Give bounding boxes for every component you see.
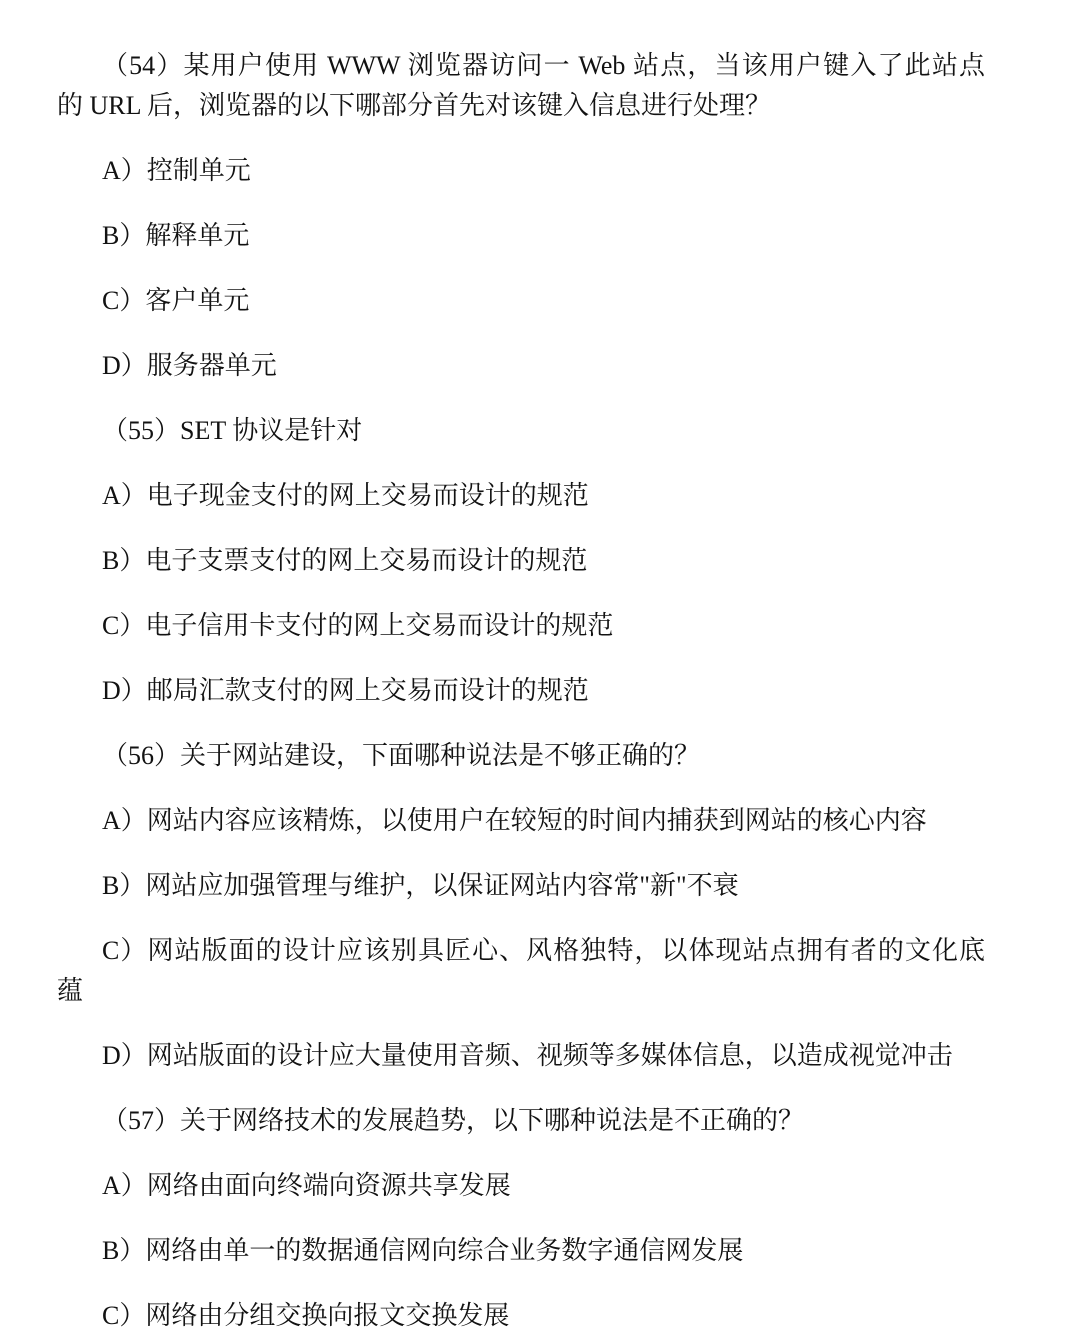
question-54-option-b: B）解释单元 xyxy=(57,216,985,256)
option-text: D）网站版面的设计应大量使用音频、视频等多媒体信息，以造成视觉冲击 xyxy=(57,1036,985,1076)
question-56-text: （56）关于网站建设，下面哪种说法是不够正确的？ xyxy=(57,736,985,776)
question-55-option-a: A）电子现金支付的网上交易而设计的规范 xyxy=(57,476,985,516)
option-text: D）服务器单元 xyxy=(57,346,985,386)
question-55-text: （55）SET 协议是针对 xyxy=(57,411,985,451)
option-text: A）电子现金支付的网上交易而设计的规范 xyxy=(57,476,985,516)
question-57-text: （57）关于网络技术的发展趋势，以下哪种说法是不正确的？ xyxy=(57,1101,985,1141)
question-57-option-b: B）网络由单一的数据通信网向综合业务数字通信网发展 xyxy=(57,1231,985,1271)
question-55-option-c: C）电子信用卡支付的网上交易而设计的规范 xyxy=(57,606,985,646)
question-56-option-b: B）网站应加强管理与维护，以保证网站内容常"新"不衰 xyxy=(57,866,985,906)
question-56-option-c: C）网站版面的设计应该别具匠心、风格独特，以体现站点拥有者的文化底 蕴 xyxy=(57,931,985,1011)
question-56: （56）关于网站建设，下面哪种说法是不够正确的？ xyxy=(57,736,985,776)
option-text: B）解释单元 xyxy=(57,216,985,256)
option-text: C）网络由分组交换向报文交换发展 xyxy=(57,1296,985,1336)
question-55-option-b: B）电子支票支付的网上交易而设计的规范 xyxy=(57,541,985,581)
question-54: （54）某用户使用 WWW 浏览器访问一 Web 站点，当该用户键入了此站点 的… xyxy=(57,46,985,126)
question-56-option-a: A）网站内容应该精炼，以使用户在较短的时间内捕获到网站的核心内容 xyxy=(57,801,985,841)
option-text-line-2: 蕴 xyxy=(57,971,985,1011)
question-54-option-d: D）服务器单元 xyxy=(57,346,985,386)
question-54-text-line-1: （54）某用户使用 WWW 浏览器访问一 Web 站点，当该用户键入了此站点 xyxy=(57,46,985,86)
option-text: A）控制单元 xyxy=(57,151,985,191)
question-57-option-a: A）网络由面向终端向资源共享发展 xyxy=(57,1166,985,1206)
question-57-option-c: C）网络由分组交换向报文交换发展 xyxy=(57,1296,985,1336)
question-54-text-line-2: 的 URL 后，浏览器的以下哪部分首先对该键入信息进行处理？ xyxy=(57,86,985,126)
question-56-option-d: D）网站版面的设计应大量使用音频、视频等多媒体信息，以造成视觉冲击 xyxy=(57,1036,985,1076)
option-text: C）电子信用卡支付的网上交易而设计的规范 xyxy=(57,606,985,646)
option-text: B）网站应加强管理与维护，以保证网站内容常"新"不衰 xyxy=(57,866,985,906)
option-text: B）电子支票支付的网上交易而设计的规范 xyxy=(57,541,985,581)
question-54-option-a: A）控制单元 xyxy=(57,151,985,191)
question-54-option-c: C）客户单元 xyxy=(57,281,985,321)
option-text: A）网站内容应该精炼，以使用户在较短的时间内捕获到网站的核心内容 xyxy=(57,801,985,841)
document-page: （54）某用户使用 WWW 浏览器访问一 Web 站点，当该用户键入了此站点 的… xyxy=(0,0,1083,1342)
option-text-line-1: C）网站版面的设计应该别具匠心、风格独特，以体现站点拥有者的文化底 xyxy=(57,931,985,971)
option-text: A）网络由面向终端向资源共享发展 xyxy=(57,1166,985,1206)
question-55: （55）SET 协议是针对 xyxy=(57,411,985,451)
option-text: B）网络由单一的数据通信网向综合业务数字通信网发展 xyxy=(57,1231,985,1271)
option-text: D）邮局汇款支付的网上交易而设计的规范 xyxy=(57,671,985,711)
question-55-option-d: D）邮局汇款支付的网上交易而设计的规范 xyxy=(57,671,985,711)
question-57: （57）关于网络技术的发展趋势，以下哪种说法是不正确的？ xyxy=(57,1101,985,1141)
option-text: C）客户单元 xyxy=(57,281,985,321)
